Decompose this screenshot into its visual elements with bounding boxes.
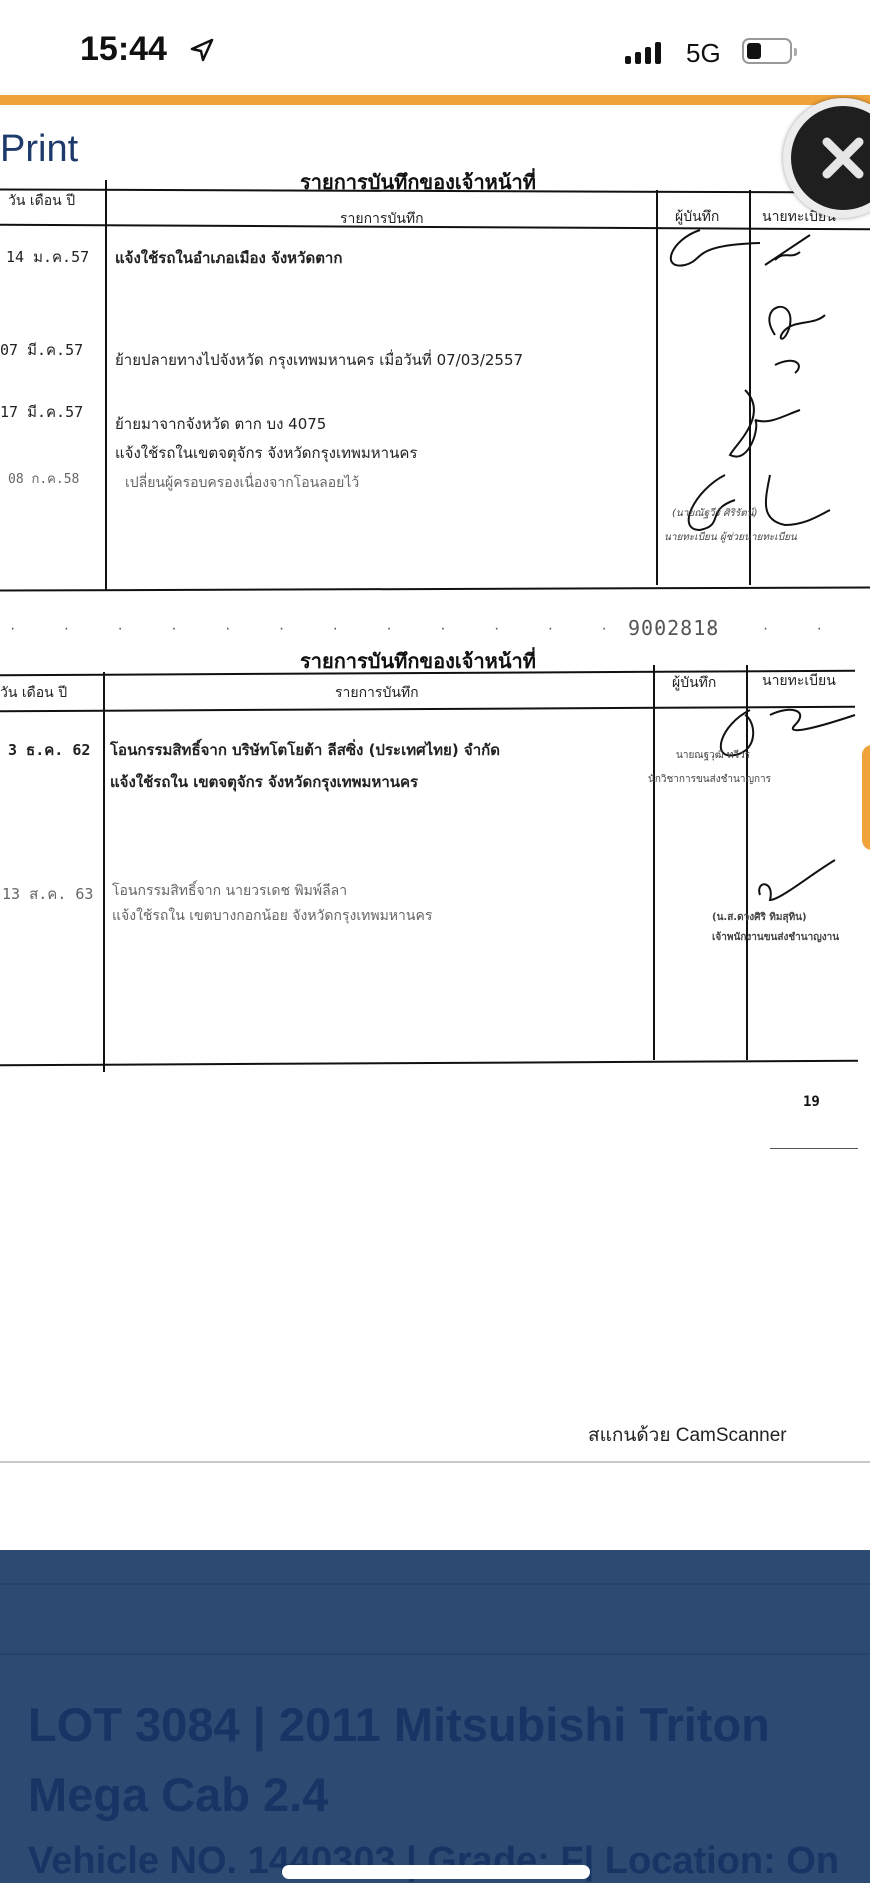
row-entry: ย้ายมาจากจังหวัด ตาก บง 4075 [115,412,326,436]
location-arrow-icon [190,38,214,62]
row-entry: แจ้งใช้รถในอำเภอเมือง จังหวัดตาก [115,246,342,270]
divider [0,1653,870,1655]
signature-caption: นายณฐวุฒิ ทวีวร [676,748,750,763]
row-entry: แจ้งใช้รถใน เขตจตุจักร จังหวัดกรุงเทพมหา… [110,770,418,794]
row-date: 3 ธ.ค. 62 [8,738,90,762]
divider [770,1148,858,1149]
listing-panel: LOT 3084 | 2011 Mitsubishi Triton Mega C… [0,1550,870,1883]
signature-icon [750,855,840,915]
print-link[interactable]: Print [0,128,78,171]
divider [0,1583,870,1585]
signature-icon [715,385,805,465]
row-entry: โอนกรรมสิทธิ์จาก บริษัทโตโยต้า ลีสซิ่ง (… [110,738,500,762]
row-date: 13 ส.ค. 63 [2,882,93,906]
col-header-registrar: นายทะเบียน [762,670,836,692]
signature-caption: (นายณัฐวีร์ ศิริรัตน์) [672,506,758,521]
document-viewer[interactable] [0,105,870,1550]
battery-low-icon [742,38,792,64]
serial-number: 9002818 [628,616,719,640]
row-entry: ย้ายปลายทางไปจังหวัด กรุงเทพมหานคร เมื่อ… [115,348,523,372]
lot-title: LOT 3084 | 2011 Mitsubishi Triton Mega C… [28,1690,868,1830]
status-bar: 15:44 5G [0,0,870,95]
divider [103,672,105,1072]
signature-icon [660,225,770,285]
camscanner-watermark: สแกนด้วย CamScanner [588,1420,787,1450]
row-entry: แจ้งใช้รถในเขตจตุจักร จังหวัดกรุงเทพมหาน… [115,441,417,465]
divider [105,180,107,590]
col-header-recorder: ผู้บันทึก [672,672,716,694]
signature-caption: (น.ส.ดวงศิริ ทิมสุทิน) [712,910,807,925]
cellular-signal-icon [625,42,661,64]
signature-icon [755,295,835,375]
col-header-date: วัน เดือน ปี [0,682,67,704]
row-date: 08 ก.ค.58 [8,468,79,489]
row-date: 07 มี.ค.57 [0,338,83,362]
row-date: 14 ม.ค.57 [6,245,89,269]
col-header-entry: รายการบันทึก [340,208,424,230]
status-time: 15:44 [80,30,167,69]
signature-role: นายทะเบียน ผู้ช่วยนายทะเบียน [664,530,797,545]
row-entry: แจ้งใช้รถใน เขตบางกอกน้อย จังหวัดกรุงเทพ… [112,905,432,927]
divider [653,665,655,1060]
home-indicator[interactable] [282,1865,590,1879]
upper-form-title: รายการบันทึกของเจ้าหน้าที่ [300,166,536,198]
page-number: 19 [803,1094,820,1110]
row-date: 17 มี.ค.57 [0,400,83,424]
col-header-date: วัน เดือน ปี [8,190,75,212]
signature-role: เจ้าพนักงานขนส่งชำนาญงาน [712,930,839,945]
network-type: 5G [686,38,721,69]
row-entry: เปลี่ยนผู้ครอบครองเนื่องจากโอนลอยไว้ [125,472,359,494]
signature-role: นักวิชาการขนส่งชำนาญการ [648,772,771,787]
accent-bar [0,95,870,105]
col-header-entry: รายการบันทึก [335,682,419,704]
document-bottom-edge [0,1461,870,1463]
divider [656,190,658,585]
side-drawer-handle[interactable] [862,745,870,850]
close-x-icon [819,134,867,182]
signature-icon [760,230,830,270]
row-entry: โอนกรรมสิทธิ์จาก นายวรเดช พิมพ์ลีลา [112,880,347,902]
